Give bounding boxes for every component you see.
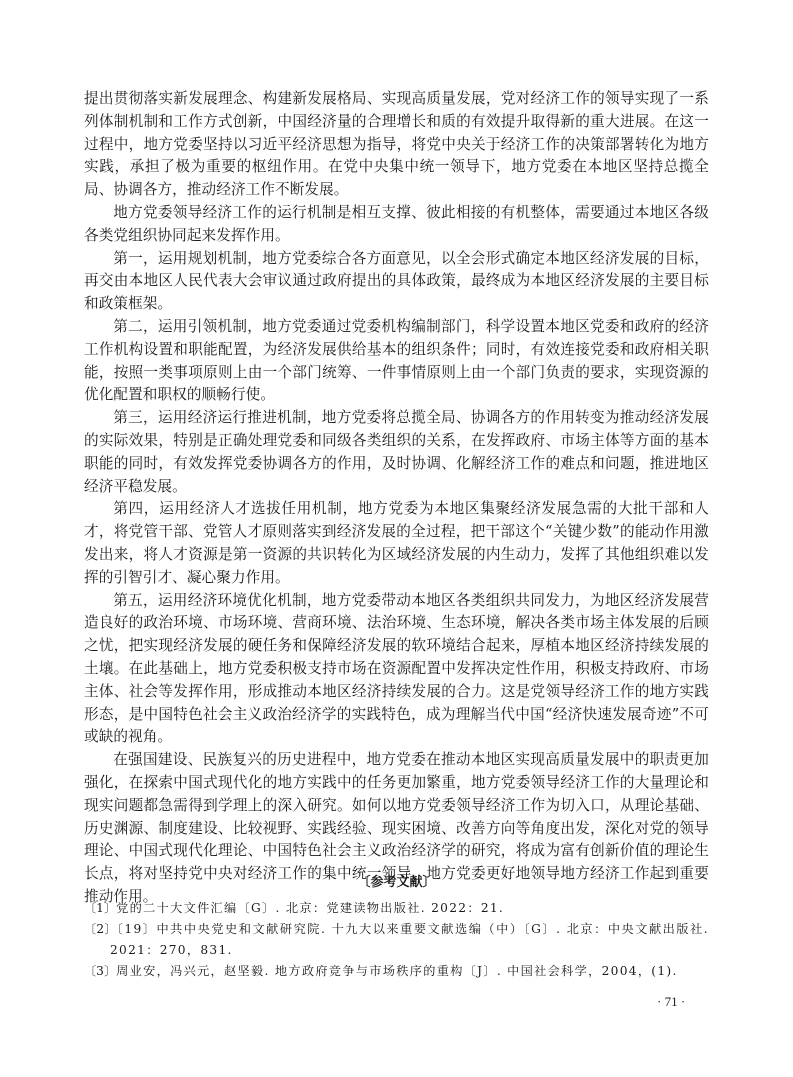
article-body: 提出贯彻落实新发展理念、构建新发展格局、实现高质量发展，党对经济工作的领导实现了… [84,88,709,909]
body-paragraph-3: 第一，运用规划机制，地方党委综合各方面意见，以全会形式确定本地区经济发展的目标，… [84,248,709,316]
body-paragraph-6: 第四，运用经济人才选拔任用机制，地方党委为本地区集聚经济发展急需的大批干部和人才… [84,498,709,589]
reference-item: 〔3〕周业安，冯兴元，赵坚毅. 地方政府竞争与市场秩序的重构〔J〕. 中国社会科… [84,961,709,982]
page-number: · 71 · [657,993,685,1011]
reference-item: 〔2〕〔19〕中共中央党史和文献研究院. 十九大以来重要文献选编（中）〔G〕. … [84,919,709,961]
reference-text: 周业安，冯兴元，赵坚毅. 地方政府竞争与市场秩序的重构〔J〕. 中国社会科学，2… [116,964,678,978]
references-heading: 〔参考文献〕 [84,873,709,893]
reference-text: 〔19〕中共中央党史和文献研究院. 十九大以来重要文献选编（中）〔G〕. 北京：… [110,922,709,957]
reference-number: 〔3〕 [84,964,116,978]
body-paragraph-5: 第三，运用经济运行推进机制，地方党委将总揽全局、协调各方的作用转变为推动经济发展… [84,407,709,498]
body-paragraph-4: 第二，运用引领机制，地方党委通过党委机构编制部门，科学设置本地区党委和政府的经济… [84,316,709,407]
reference-number: 〔1〕 [84,901,116,915]
body-paragraph-1: 提出贯彻落实新发展理念、构建新发展格局、实现高质量发展，党对经济工作的领导实现了… [84,88,709,202]
reference-item: 〔1〕党的二十大文件汇编〔G〕. 北京：党建读物出版社. 2022：21. [84,898,709,919]
body-paragraph-2: 地方党委领导经济工作的运行机制是相互支撑、彼此相接的有机整体，需要通过本地区各级… [84,202,709,248]
references-list: 〔1〕党的二十大文件汇编〔G〕. 北京：党建读物出版社. 2022：21. 〔2… [84,898,709,982]
body-paragraph-7: 第五，运用经济环境优化机制，地方党委带动本地区各类组织共同发力，为地区经济发展营… [84,590,709,750]
reference-text: 党的二十大文件汇编〔G〕. 北京：党建读物出版社. 2022：21. [116,901,504,915]
reference-number: 〔2〕 [84,922,117,936]
